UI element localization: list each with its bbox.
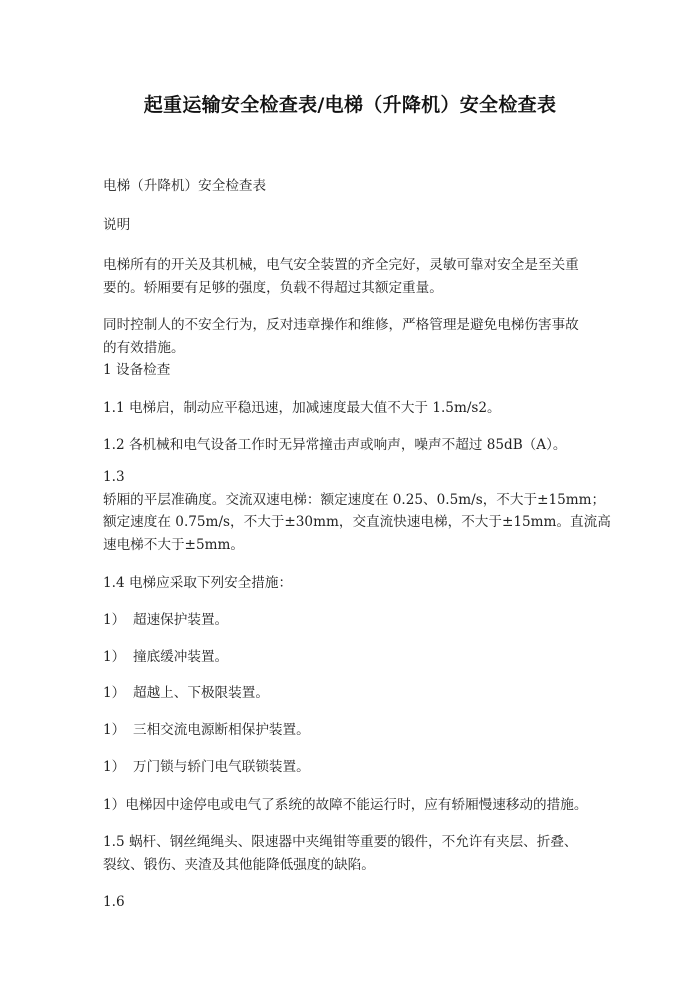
item-1-3-line-3: 速电梯不大于±5mm。 bbox=[103, 534, 603, 557]
item-1-3-number: 1.3 bbox=[103, 466, 603, 489]
measure-text: 万门锁与轿门电气联锁装置。 bbox=[133, 759, 310, 775]
measure-text: 三相交流电源断相保护装置。 bbox=[133, 722, 310, 738]
document-title: 起重运输安全检查表/电梯（升降机）安全检查表 bbox=[0, 90, 700, 117]
intro-paragraph-2-line-2: 的有效措施。 bbox=[103, 337, 603, 360]
measure-text: 撞底缓冲装置。 bbox=[133, 649, 228, 665]
item-1-3-line-1: 轿厢的平层准确度。交流双速电梯：额定速度在 0.25、0.5m/s，不大于±15… bbox=[103, 489, 603, 512]
measure-marker: 1） bbox=[103, 609, 133, 632]
section-1-heading: 1 设备检查 bbox=[103, 359, 603, 382]
intro-paragraph-2-line-1: 同时控制人的不安全行为，反对违章操作和维修，严格管理是避免电梯伤害事故 bbox=[103, 314, 603, 337]
measure-marker: 1） bbox=[103, 797, 125, 813]
item-1-5: 1.5 蜗杆、钢丝绳绳头、限速器中夹绳钳等重要的锻件，不允许有夹层、折叠、 裂纹… bbox=[103, 831, 603, 876]
measure-text: 超速保护装置。 bbox=[133, 612, 228, 628]
item-1-5-line-2: 裂纹、锻伤、夹渣及其他能降低强度的缺陷。 bbox=[103, 854, 603, 877]
intro-paragraph-2: 同时控制人的不安全行为，反对违章操作和维修，严格管理是避免电梯伤害事故 的有效措… bbox=[103, 314, 603, 359]
item-1-6: 1.6 bbox=[103, 891, 603, 914]
safety-measure-3: 1）超越上、下极限装置。 bbox=[103, 682, 603, 705]
measure-marker: 1） bbox=[103, 646, 133, 669]
measure-marker: 1） bbox=[103, 682, 133, 705]
note-heading: 说明 bbox=[103, 214, 603, 237]
item-1-2: 1.2 各机械和电气设备工作时无异常撞击声或响声，噪声不超过 85dB（A）。 bbox=[103, 434, 603, 457]
safety-measure-5: 1）万门锁与轿门电气联锁装置。 bbox=[103, 756, 603, 779]
measure-marker: 1） bbox=[103, 756, 133, 779]
item-1-1: 1.1 电梯启，制动应平稳迅速，加减速度最大值不大于 1.5m/s2。 bbox=[103, 397, 603, 420]
safety-measure-2: 1）撞底缓冲装置。 bbox=[103, 646, 603, 669]
item-1-3-line-2: 额定速度在 0.75m/s，不大于±30mm，交直流快速电梯，不大于±15mm。… bbox=[103, 511, 603, 534]
safety-measure-6: 1）电梯因中途停电或电气了系统的故障不能运行时，应有轿厢慢速移动的措施。 bbox=[103, 794, 603, 817]
intro-paragraph-1-line-1: 电梯所有的开关及其机械，电气安全装置的齐全完好，灵敏可靠对安全是至关重 bbox=[103, 254, 603, 277]
safety-measure-4: 1）三相交流电源断相保护装置。 bbox=[103, 719, 603, 742]
measure-text: 超越上、下极限装置。 bbox=[133, 685, 269, 701]
document-subtitle: 电梯（升降机）安全检查表 bbox=[103, 175, 603, 198]
item-1-3: 1.3 轿厢的平层准确度。交流双速电梯：额定速度在 0.25、0.5m/s，不大… bbox=[103, 466, 603, 556]
intro-paragraph-1-line-2: 要的。轿厢要有足够的强度，负载不得超过其额定重量。 bbox=[103, 277, 603, 300]
item-1-5-line-1: 1.5 蜗杆、钢丝绳绳头、限速器中夹绳钳等重要的锻件，不允许有夹层、折叠、 bbox=[103, 831, 603, 854]
safety-measure-1: 1）超速保护装置。 bbox=[103, 609, 603, 632]
measure-text: 电梯因中途停电或电气了系统的故障不能运行时，应有轿厢慢速移动的措施。 bbox=[125, 797, 587, 813]
document-page: 起重运输安全检查表/电梯（升降机）安全检查表 电梯（升降机）安全检查表 说明 电… bbox=[0, 0, 700, 990]
measure-marker: 1） bbox=[103, 719, 133, 742]
intro-paragraph-1: 电梯所有的开关及其机械，电气安全装置的齐全完好，灵敏可靠对安全是至关重 要的。轿… bbox=[103, 254, 603, 299]
item-1-4-heading: 1.4 电梯应采取下列安全措施： bbox=[103, 572, 603, 595]
